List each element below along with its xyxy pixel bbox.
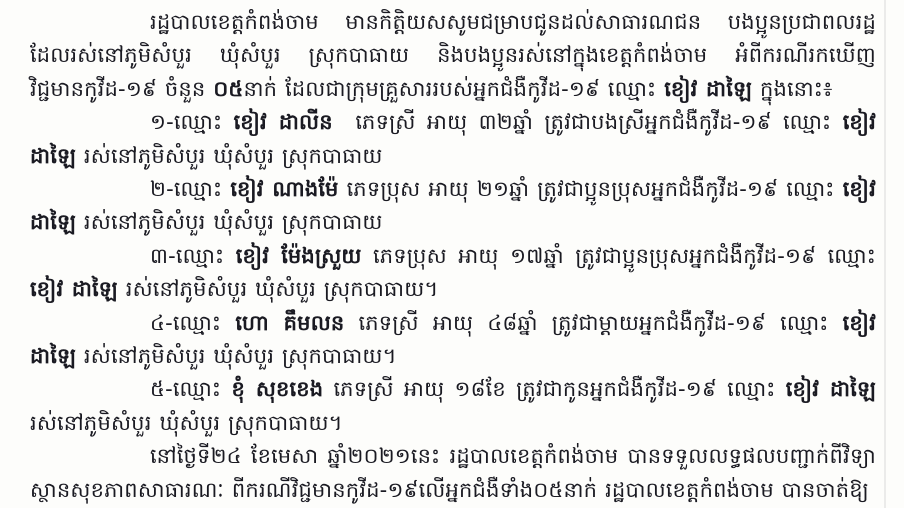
paragraph: រដ្ឋបាលខេត្តកំពង់ចាម មានកិត្តិយសសូមជម្រា…: [30, 6, 876, 106]
patient-name: ខុំ សុខខេង: [231, 377, 323, 401]
index-patient-name: ខៀវ ដាឡៃ: [30, 277, 118, 301]
paragraph: ៤-ឈ្មោះ ហោ គឹមលន ភេទស្រី អាយុ ៤៨ឆ្នាំ ត្…: [30, 307, 876, 374]
patient-name: ហោ គឹមលន: [235, 311, 344, 335]
text-run: ៣-ឈ្មោះ: [150, 244, 236, 268]
scan-artifact-line: [884, 0, 886, 508]
paragraph: ៥-ឈ្មោះ ខុំ សុខខេង ភេទស្រី អាយុ ១៨ខែ ត្រ…: [30, 373, 876, 440]
text-run: ភេទស្រី អាយុ ៤៨ឆ្នាំ ត្រូវជាម្តាយអ្នកជំង…: [344, 311, 842, 335]
text-run: ៥-ឈ្មោះ: [150, 377, 231, 401]
text-run: ភេទប្រុស អាយុ ២១ឆ្នាំ ត្រូវជាប្អូនប្រុសអ…: [339, 177, 843, 201]
text-run: ក្នុងនោះ៖: [752, 77, 832, 101]
index-patient-name: ខៀវ ដាឡៃ: [664, 77, 752, 101]
text-run: រស់នៅភូមិសំបួរ ឃុំសំបួរ ស្រុកបាធាយ: [76, 210, 383, 234]
text-run: នាក់ ដែលជាក្រុមគ្រួសាររបស់អ្នកជំងឺកូវីដ-…: [243, 77, 664, 101]
document-body: រដ្ឋបាលខេត្តកំពង់ចាម មានកិត្តិយសសូមជម្រា…: [30, 6, 876, 507]
text-run: ១-ឈ្មោះ: [150, 110, 234, 134]
patient-name: ខៀវ ម៉ែងស្រួយ: [236, 244, 362, 268]
paragraph: ៣-ឈ្មោះ ខៀវ ម៉ែងស្រួយ ភេទប្រុស អាយុ ១៧ឆ្…: [30, 240, 876, 307]
paragraph: ២-ឈ្មោះ ខៀវ ណាងម៉ែ ភេទប្រុស អាយុ ២១ឆ្នាំ…: [30, 173, 876, 240]
document-page: រដ្ឋបាលខេត្តកំពង់ចាម មានកិត្តិយសសូមជម្រា…: [0, 0, 904, 508]
paragraph: នៅថ្ងៃទី២៤ ខែមេសា ឆ្នាំ២០២១នេះ រដ្ឋបាលខេ…: [30, 440, 876, 507]
patient-name: ខៀវ ដាលីន: [234, 110, 333, 134]
text-run: ភេទស្រី អាយុ ១៨ខែ ត្រូវជាកូនអ្នកជំងឺកូវី…: [323, 377, 786, 401]
text-run: ២-ឈ្មោះ: [150, 177, 230, 201]
text-run: ភេទស្រី អាយុ ៣២ឆ្នាំ ត្រូវជាបងស្រីអ្នកជំ…: [333, 110, 843, 134]
text-run: រស់នៅភូមិសំបួរ ឃុំសំបួរ ស្រុកបាធាយ: [76, 144, 383, 168]
text-run: នៅថ្ងៃទី២៤ ខែមេសា ឆ្នាំ២០២១នេះ រដ្ឋបាលខេ…: [30, 444, 876, 501]
paragraph: ១-ឈ្មោះ ខៀវ ដាលីន ភេទស្រី អាយុ ៣២ឆ្នាំ ត…: [30, 106, 876, 173]
patient-name: ខៀវ ណាងម៉ែ: [230, 177, 338, 201]
text-run: រស់នៅភូមិសំបួរ ឃុំសំបួរ ស្រុកបាធាយ។: [118, 277, 439, 301]
text-run: ៤-ឈ្មោះ: [150, 311, 235, 335]
text-run: រស់នៅភូមិសំបួរ ឃុំសំបួរ ស្រុកបាធាយ។: [76, 344, 397, 368]
text-run: ភេទប្រុស អាយុ ១៧ឆ្នាំ ត្រូវជាប្អូនប្រុសអ…: [362, 244, 884, 268]
case-count: ០៥: [213, 77, 243, 101]
index-patient-name: ខៀវ ដាឡៃ: [786, 377, 876, 401]
